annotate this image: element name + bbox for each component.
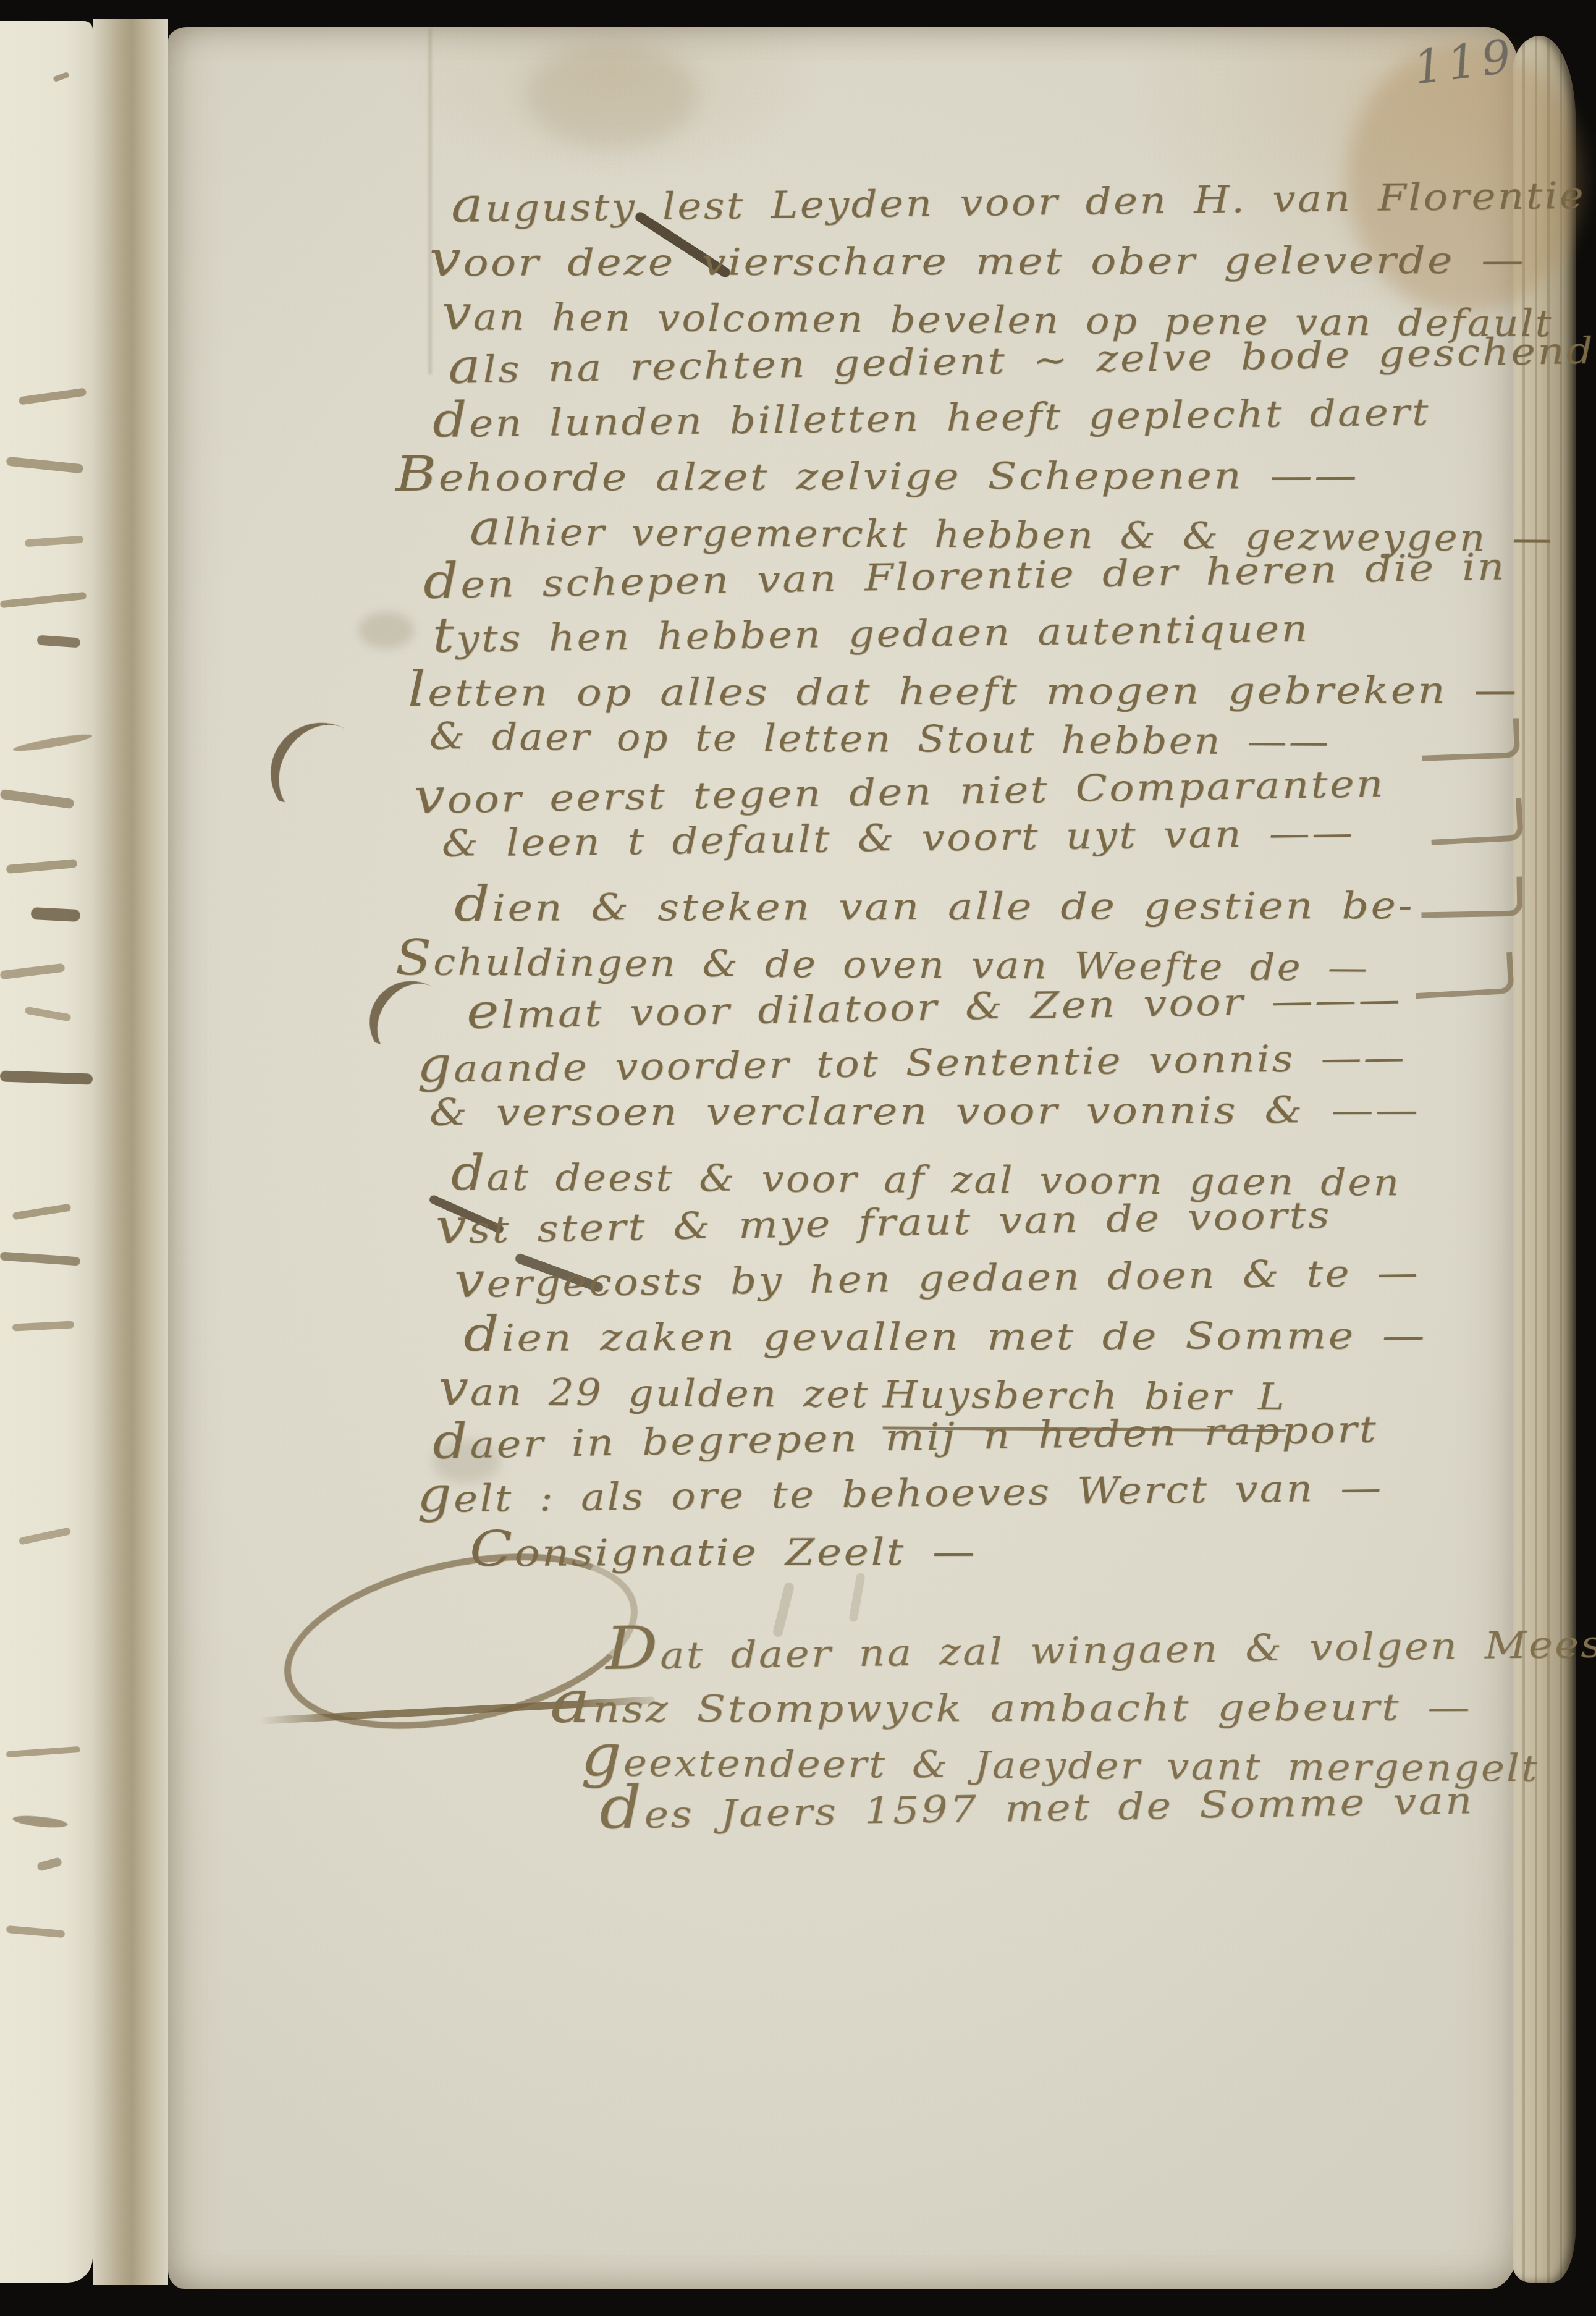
manuscript-line: & leen t default & voort uyt van ——: [442, 814, 1355, 863]
manuscript-line: voor eerst tegen den niet Comparanten: [413, 755, 1385, 821]
manuscript-line: Dat daer na zal wingaen & volgen Meest: [605, 1607, 1596, 1678]
main-text-block: augusty lest Leyden voor den H. van Flor…: [395, 180, 1557, 1595]
manuscript-line: & versoen verclaren voor vonnis & ——: [429, 1092, 1420, 1131]
manuscript-line: vergecosts by hen gedaen doen & te —: [454, 1244, 1421, 1304]
manuscript-line: letten op alles dat heeft mogen gebreken…: [408, 661, 1518, 713]
manuscript-photo: 119 augusty lest Leyden voor den H. van …: [0, 0, 1596, 2316]
manuscript-line: & daer op te letten Stout hebben ——: [429, 718, 1330, 761]
manuscript-line: voor deze vierschare met ober geleverde …: [429, 231, 1526, 283]
manuscript-line: gaande voorder tot Sententie vonnis ——: [417, 1028, 1407, 1089]
bottom-text-block: Dat daer na zal wingaen & volgen Meest a…: [395, 1619, 1557, 1879]
manuscript-line: dien zaken gevallen met de Somme —: [463, 1307, 1427, 1358]
line-text: van 29 gulden zet: [439, 1371, 870, 1416]
manuscript-line: Behoorde alzet zelvige Schepenen ——: [395, 447, 1359, 498]
manuscript-line: den lunden billetten heeft geplecht daer…: [433, 383, 1431, 444]
manuscript-line: tyts hen hebben gedaen autentiquen: [433, 600, 1310, 660]
manuscript-line: gelt : als ore te behoeves Werct van —: [417, 1459, 1383, 1519]
manuscript-line: ansz Stompwyck ambacht gebeurt —: [550, 1670, 1472, 1731]
manuscript-line: dien & steken van alle de gestien be-: [454, 877, 1414, 928]
ink-fragment: [31, 907, 81, 922]
facing-page-edge: [0, 21, 93, 2283]
stain: [525, 43, 698, 148]
book-gutter: [93, 19, 168, 2285]
